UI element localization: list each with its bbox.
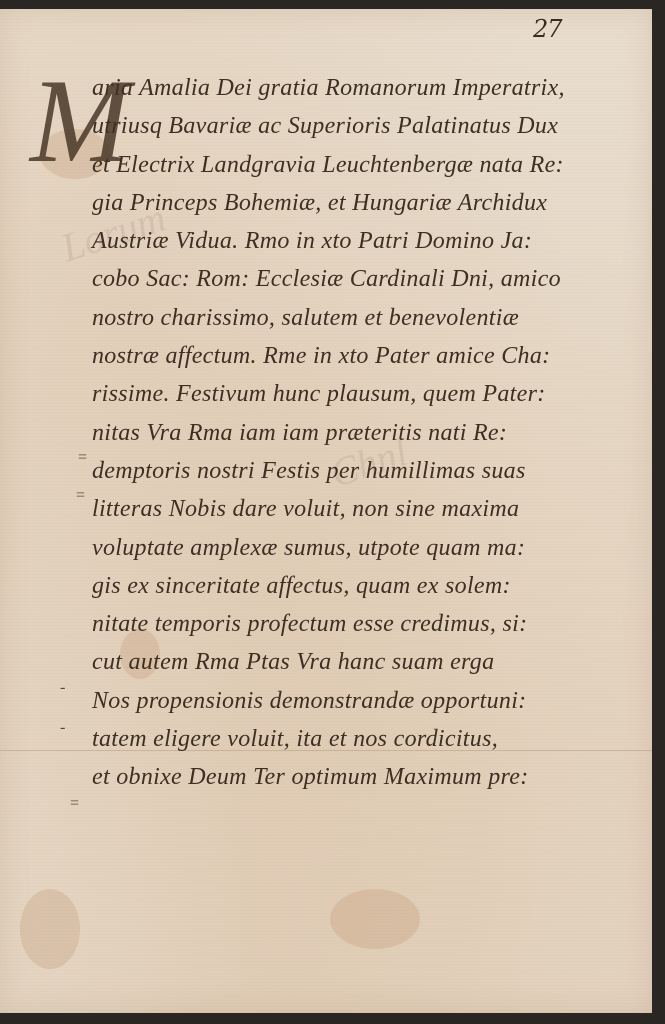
text-line: voluptate amplexæ sumus, utpote quam ma:: [92, 529, 652, 567]
text-line: Austriæ Vidua. Rmo in xto Patri Domino J…: [92, 222, 652, 260]
page-number: 27: [533, 15, 562, 43]
paper-stain: [330, 889, 420, 949]
text-line: et Electrix Landgravia Leuchtenbergæ nat…: [92, 146, 652, 184]
text-line: cobo Sac: Rom: Ecclesiæ Cardinali Dni, a…: [92, 260, 652, 298]
text-line: nostro charissimo, salutem et benevolent…: [92, 299, 652, 337]
margin-mark: -: [60, 679, 65, 697]
text-line: utriusq Bavariæ ac Superioris Palatinatu…: [92, 107, 652, 145]
margin-mark: =: [76, 487, 85, 505]
text-line: cut autem Rma Ptas Vra hanc suam erga: [92, 643, 652, 681]
text-line: et obnixe Deum Ter optimum Maximum pre:: [92, 758, 652, 796]
margin-mark: =: [70, 795, 79, 813]
text-line: aria Amalia Dei gratia Romanorum Imperat…: [92, 69, 652, 107]
document-scan: Lorum Chnl 27 M = = - - = aria Amalia De…: [0, 0, 665, 1024]
margin-mark: -: [60, 719, 65, 737]
text-line: tatem eligere voluit, ita et nos cordici…: [92, 720, 652, 758]
text-line: Nos propensionis demonstrandæ opportuni:: [92, 682, 652, 720]
paper-sheet: Lorum Chnl 27 M = = - - = aria Amalia De…: [0, 9, 652, 1013]
margin-mark: =: [78, 449, 87, 467]
text-line: gia Princeps Bohemiæ, et Hungariæ Archid…: [92, 184, 652, 222]
text-line: nitas Vra Rma iam iam præteritis nati Re…: [92, 414, 652, 452]
letter-body: aria Amalia Dei gratia Romanorum Imperat…: [92, 69, 652, 797]
text-line: nostræ affectum. Rme in xto Pater amice …: [92, 337, 652, 375]
text-line: rissime. Festivum hunc plausum, quem Pat…: [92, 375, 652, 413]
text-line: gis ex sinceritate affectus, quam ex sol…: [92, 567, 652, 605]
text-line: demptoris nostri Festis per humillimas s…: [92, 452, 652, 490]
text-line: litteras Nobis dare voluit, non sine max…: [92, 490, 652, 528]
paper-stain: [20, 889, 80, 969]
text-line: nitate temporis profectum esse credimus,…: [92, 605, 652, 643]
